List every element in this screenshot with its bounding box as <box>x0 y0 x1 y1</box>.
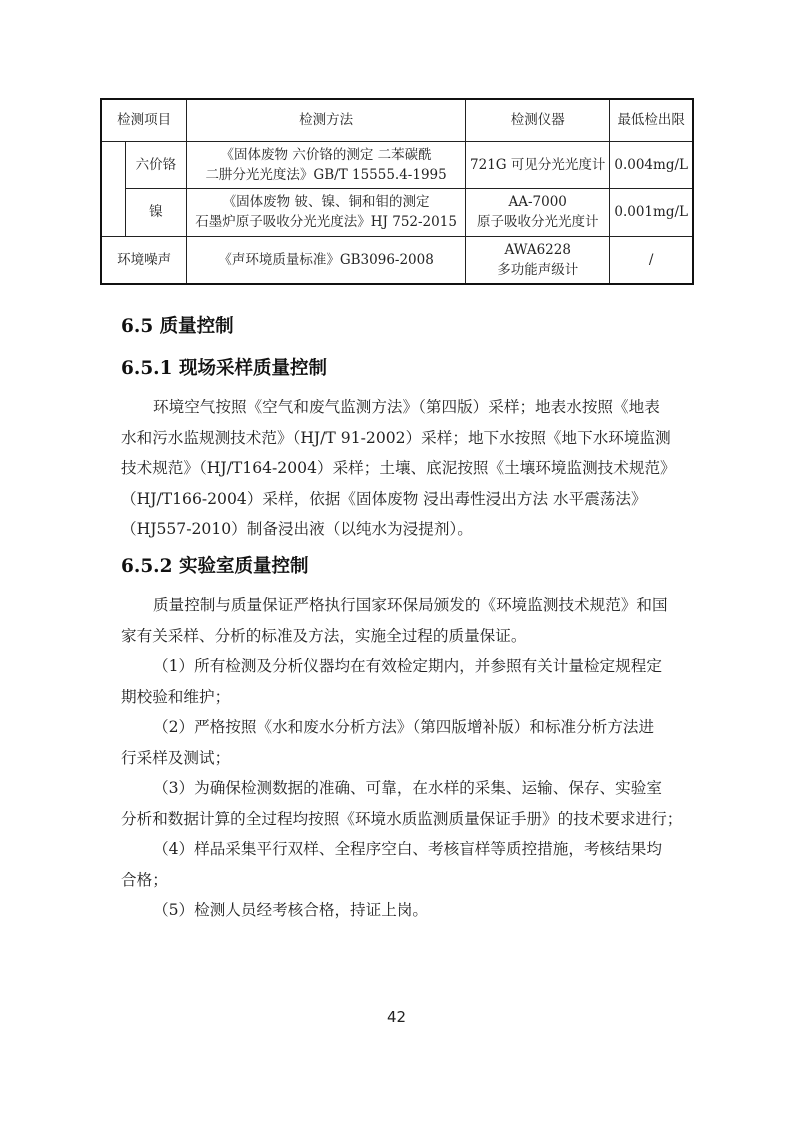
instrument-cell: AA-7000 原子吸收分光光度计 <box>466 188 610 236</box>
list-item-3-cont: 分析和数据计算的全过程均按照《环境水质监测质量保证手册》的技术要求进行； <box>121 804 675 835</box>
instrument-cell: 721G 可见分光光度计 <box>466 141 610 188</box>
method-line: 《固体废物 六价铬的测定 二苯碳酰 <box>191 145 461 165</box>
header-limit: 最低检出限 <box>610 99 693 141</box>
paragraph-line: 家有关采样、分析的标准及方法，实施全过程的质量保证。 <box>121 621 675 652</box>
paragraph-line: 水和污水监规测技术范》（HJ/T 91-2002）采样；地下水按照《地下水环境监… <box>121 423 675 454</box>
list-item-1-cont: 期校验和维护； <box>121 682 675 713</box>
list-item-5: （5）检测人员经考核合格，持证上岗。 <box>121 895 675 926</box>
limit-cell: 0.001mg/L <box>610 188 693 236</box>
list-item-4-cont: 合格； <box>121 865 675 896</box>
detection-methods-table: 检测项目 检测方法 检测仪器 最低检出限 六价铬 《固体废物 六价铬的测定 二苯… <box>100 98 694 285</box>
paragraph-line: 质量控制与质量保证严格执行国家环保局颁发的《环境监测技术规范》和国 <box>121 590 675 621</box>
instrument-line: AA-7000 <box>470 192 605 212</box>
limit-cell: / <box>610 236 693 284</box>
method-line: 《声环境质量标准》GB3096-2008 <box>191 250 461 270</box>
instrument-line: 多功能声级计 <box>470 260 605 280</box>
list-item-3: （3）为确保检测数据的准确、可靠，在水样的采集、运输、保存、实验室 <box>121 773 675 804</box>
paragraph-line: 技术规范》（HJ/T164-2004）采样；土壤、底泥按照《土壤环境监测技术规范… <box>121 453 675 484</box>
field-sampling-paragraph: 环境空气按照《空气和废气监测方法》（第四版）采样；地表水按照《地表 水和污水监规… <box>121 392 675 545</box>
method-line: 《固体废物 铍、镍、铜和钼的测定 <box>191 192 461 212</box>
method-cell: 《声环境质量标准》GB3096-2008 <box>187 236 466 284</box>
section-heading-6-5-1: 6.5.1 现场采样质量控制 <box>121 357 327 381</box>
section-heading-6-5: 6.5 质量控制 <box>121 315 234 339</box>
item-cell: 环境噪声 <box>101 236 187 284</box>
lab-quality-paragraphs: 质量控制与质量保证严格执行国家环保局颁发的《环境监测技术规范》和国 家有关采样、… <box>121 590 675 926</box>
header-method: 检测方法 <box>187 99 466 141</box>
list-item-2-cont: 行采样及测试； <box>121 743 675 774</box>
paragraph-line: 环境空气按照《空气和废气监测方法》（第四版）采样；地表水按照《地表 <box>121 392 675 423</box>
table-header-row: 检测项目 检测方法 检测仪器 最低检出限 <box>101 99 693 141</box>
header-instrument: 检测仪器 <box>466 99 610 141</box>
instrument-cell: AWA6228 多功能声级计 <box>466 236 610 284</box>
method-cell: 《固体废物 铍、镍、铜和钼的测定 石墨炉原子吸收分光光度法》HJ 752-201… <box>187 188 466 236</box>
method-line: 石墨炉原子吸收分光光度法》HJ 752-2015 <box>191 212 461 232</box>
list-item-2: （2）严格按照《水和废水分析方法》（第四版增补版）和标准分析方法进 <box>121 712 675 743</box>
list-item-1: （1）所有检测及分析仪器均在有效检定期内，并参照有关计量检定规程定 <box>121 651 675 682</box>
list-item-4: （4）样品采集平行双样、全程序空白、考核盲样等质控措施，考核结果均 <box>121 834 675 865</box>
table-row: 镍 《固体废物 铍、镍、铜和钼的测定 石墨炉原子吸收分光光度法》HJ 752-2… <box>101 188 693 236</box>
item-cell: 镍 <box>125 188 187 236</box>
table-row: 环境噪声 《声环境质量标准》GB3096-2008 AWA6228 多功能声级计… <box>101 236 693 284</box>
section-heading-6-5-2: 6.5.2 实验室质量控制 <box>121 555 308 579</box>
page-number: 42 <box>0 1008 793 1026</box>
paragraph-line: （HJ557-2010）制备浸出液（以纯水为浸提剂）。 <box>121 514 675 545</box>
item-cell: 六价铬 <box>125 141 187 188</box>
table-row: 六价铬 《固体废物 六价铬的测定 二苯碳酰 二肼分光光度法》GB/T 15555… <box>101 141 693 188</box>
document-page: 检测项目 检测方法 检测仪器 最低检出限 六价铬 《固体废物 六价铬的测定 二苯… <box>0 0 793 1122</box>
limit-cell: 0.004mg/L <box>610 141 693 188</box>
header-item: 检测项目 <box>101 99 187 141</box>
instrument-line: 原子吸收分光光度计 <box>470 212 605 232</box>
method-cell: 《固体废物 六价铬的测定 二苯碳酰 二肼分光光度法》GB/T 15555.4-1… <box>187 141 466 188</box>
group-cell <box>101 141 125 236</box>
instrument-line: 721G 可见分光光度计 <box>470 155 605 175</box>
paragraph-line: （HJ/T166-2004）采样，依据《固体废物 浸出毒性浸出方法 水平震荡法》 <box>121 484 675 515</box>
instrument-line: AWA6228 <box>470 240 605 260</box>
method-line: 二肼分光光度法》GB/T 15555.4-1995 <box>191 165 461 185</box>
